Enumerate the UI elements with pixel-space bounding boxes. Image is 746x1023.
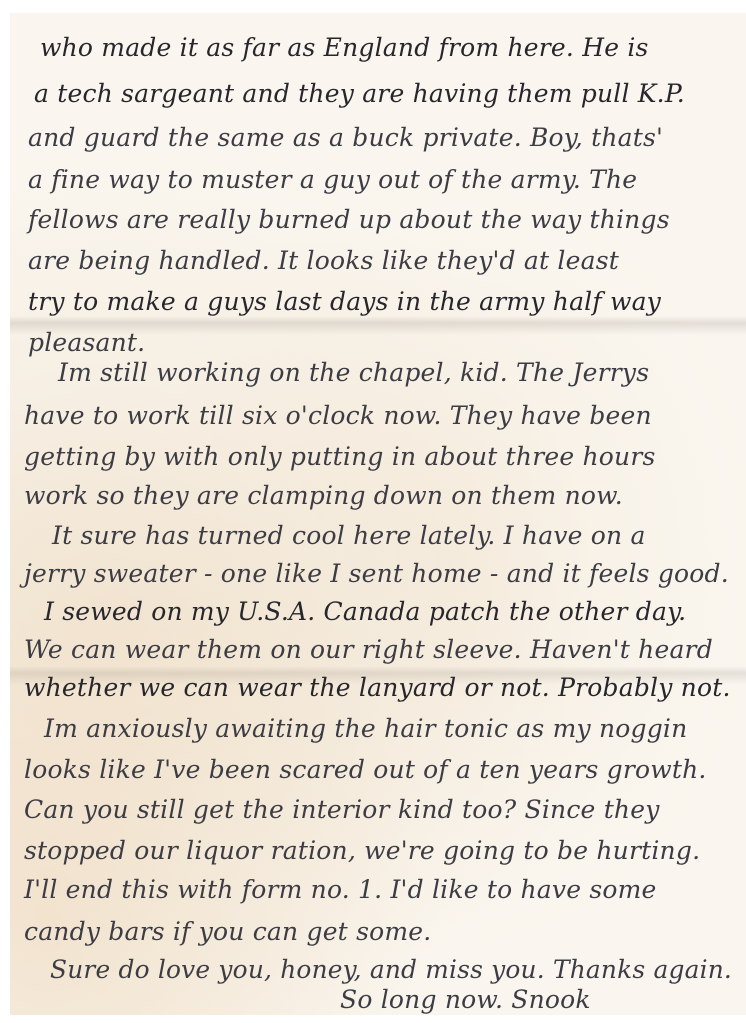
letter-line: a tech sargeant and they are having them…: [34, 79, 685, 108]
letter-line: stopped our liquor ration, we're going t…: [24, 836, 700, 865]
letter-signoff: So long now. Snook: [340, 985, 591, 1014]
letter-line: have to work till six o'clock now. They …: [24, 401, 652, 430]
letter-line: I'll end this with form no. 1. I'd like …: [24, 875, 657, 904]
letter-line: fellows are really burned up about the w…: [28, 205, 670, 234]
letter-line: are being handled. It looks like they'd …: [28, 246, 619, 275]
letter-line: work so they are clamping down on them n…: [24, 481, 623, 510]
letter-line: We can wear them on our right sleeve. Ha…: [24, 635, 713, 664]
letter-line: Can you still get the interior kind too?…: [24, 795, 660, 824]
letter-line: who made it as far as England from here.…: [40, 33, 649, 62]
letter-line: jerry sweater - one like I sent home - a…: [24, 559, 729, 588]
letter-line: It sure has turned cool here lately. I h…: [52, 521, 646, 550]
letter-line: Im still working on the chapel, kid. The…: [58, 358, 649, 387]
letter-line: Im anxiously awaiting the hair tonic as …: [44, 714, 687, 743]
letter-line: I sewed on my U.S.A. Canada patch the ot…: [44, 597, 686, 626]
letter-line: pleasant.: [28, 328, 145, 357]
letter-line: getting by with only putting in about th…: [24, 442, 656, 471]
letter-line: candy bars if you can get some.: [24, 917, 431, 946]
letter-line: Sure do love you, honey, and miss you. T…: [50, 955, 732, 984]
letter-page: who made it as far as England from here.…: [10, 13, 746, 1015]
letter-line: a fine way to muster a guy out of the ar…: [28, 165, 637, 194]
letter-line: looks like I've been scared out of a ten…: [24, 755, 707, 784]
letter-line: and guard the same as a buck private. Bo…: [28, 123, 663, 152]
letter-line: try to make a guys last days in the army…: [28, 287, 661, 316]
letter-line: whether we can wear the lanyard or not. …: [24, 673, 731, 702]
